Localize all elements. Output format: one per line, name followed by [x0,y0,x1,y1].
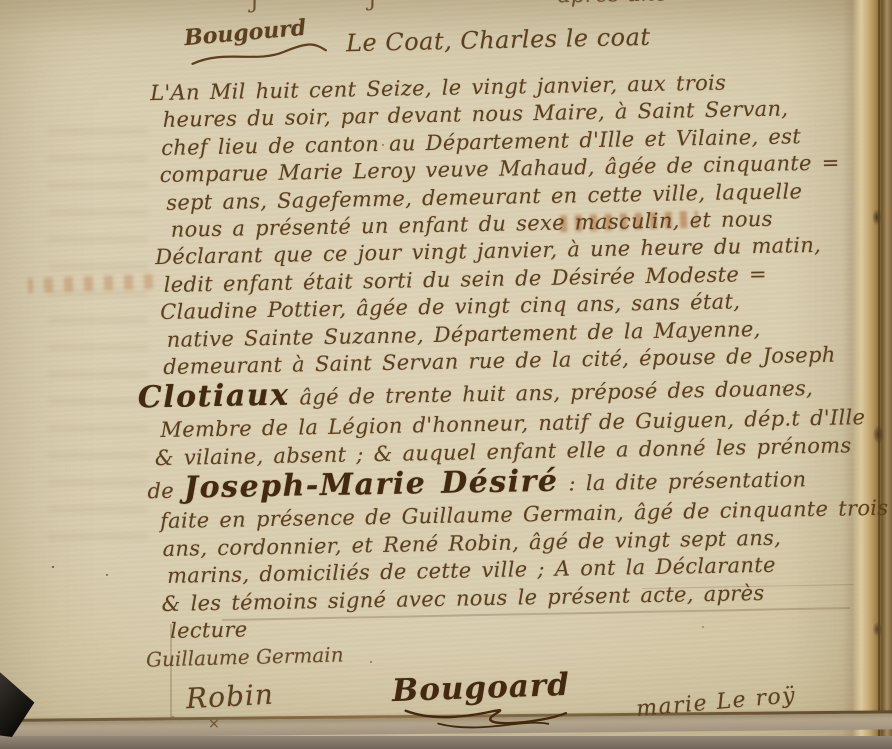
signature-robin: Robin [185,678,274,716]
prenoms-prefix: de [147,479,184,504]
paper-specks [52,566,54,568]
robin-cross-mark: × [208,716,220,732]
scanned-register-page: ʃ ʃ après une Bougourd Le Coat, Charles … [0,0,892,749]
prenoms-line-rest: : la dite présentation [558,467,806,496]
bougoard-paraph-flourish [397,699,573,737]
child-given-names: Joseph-Marie Désiré [184,464,559,506]
father-surname-clotiaux: Clotiaux [138,378,290,416]
verso-ink-ghosting [48,110,148,540]
clotiaux-line-rest: âgé de trente huit ans, préposé des doua… [289,377,813,411]
desk-surface [0,736,892,749]
act-body-text: L'An Mil huit cent Seize, le vingt janvi… [158,67,882,645]
